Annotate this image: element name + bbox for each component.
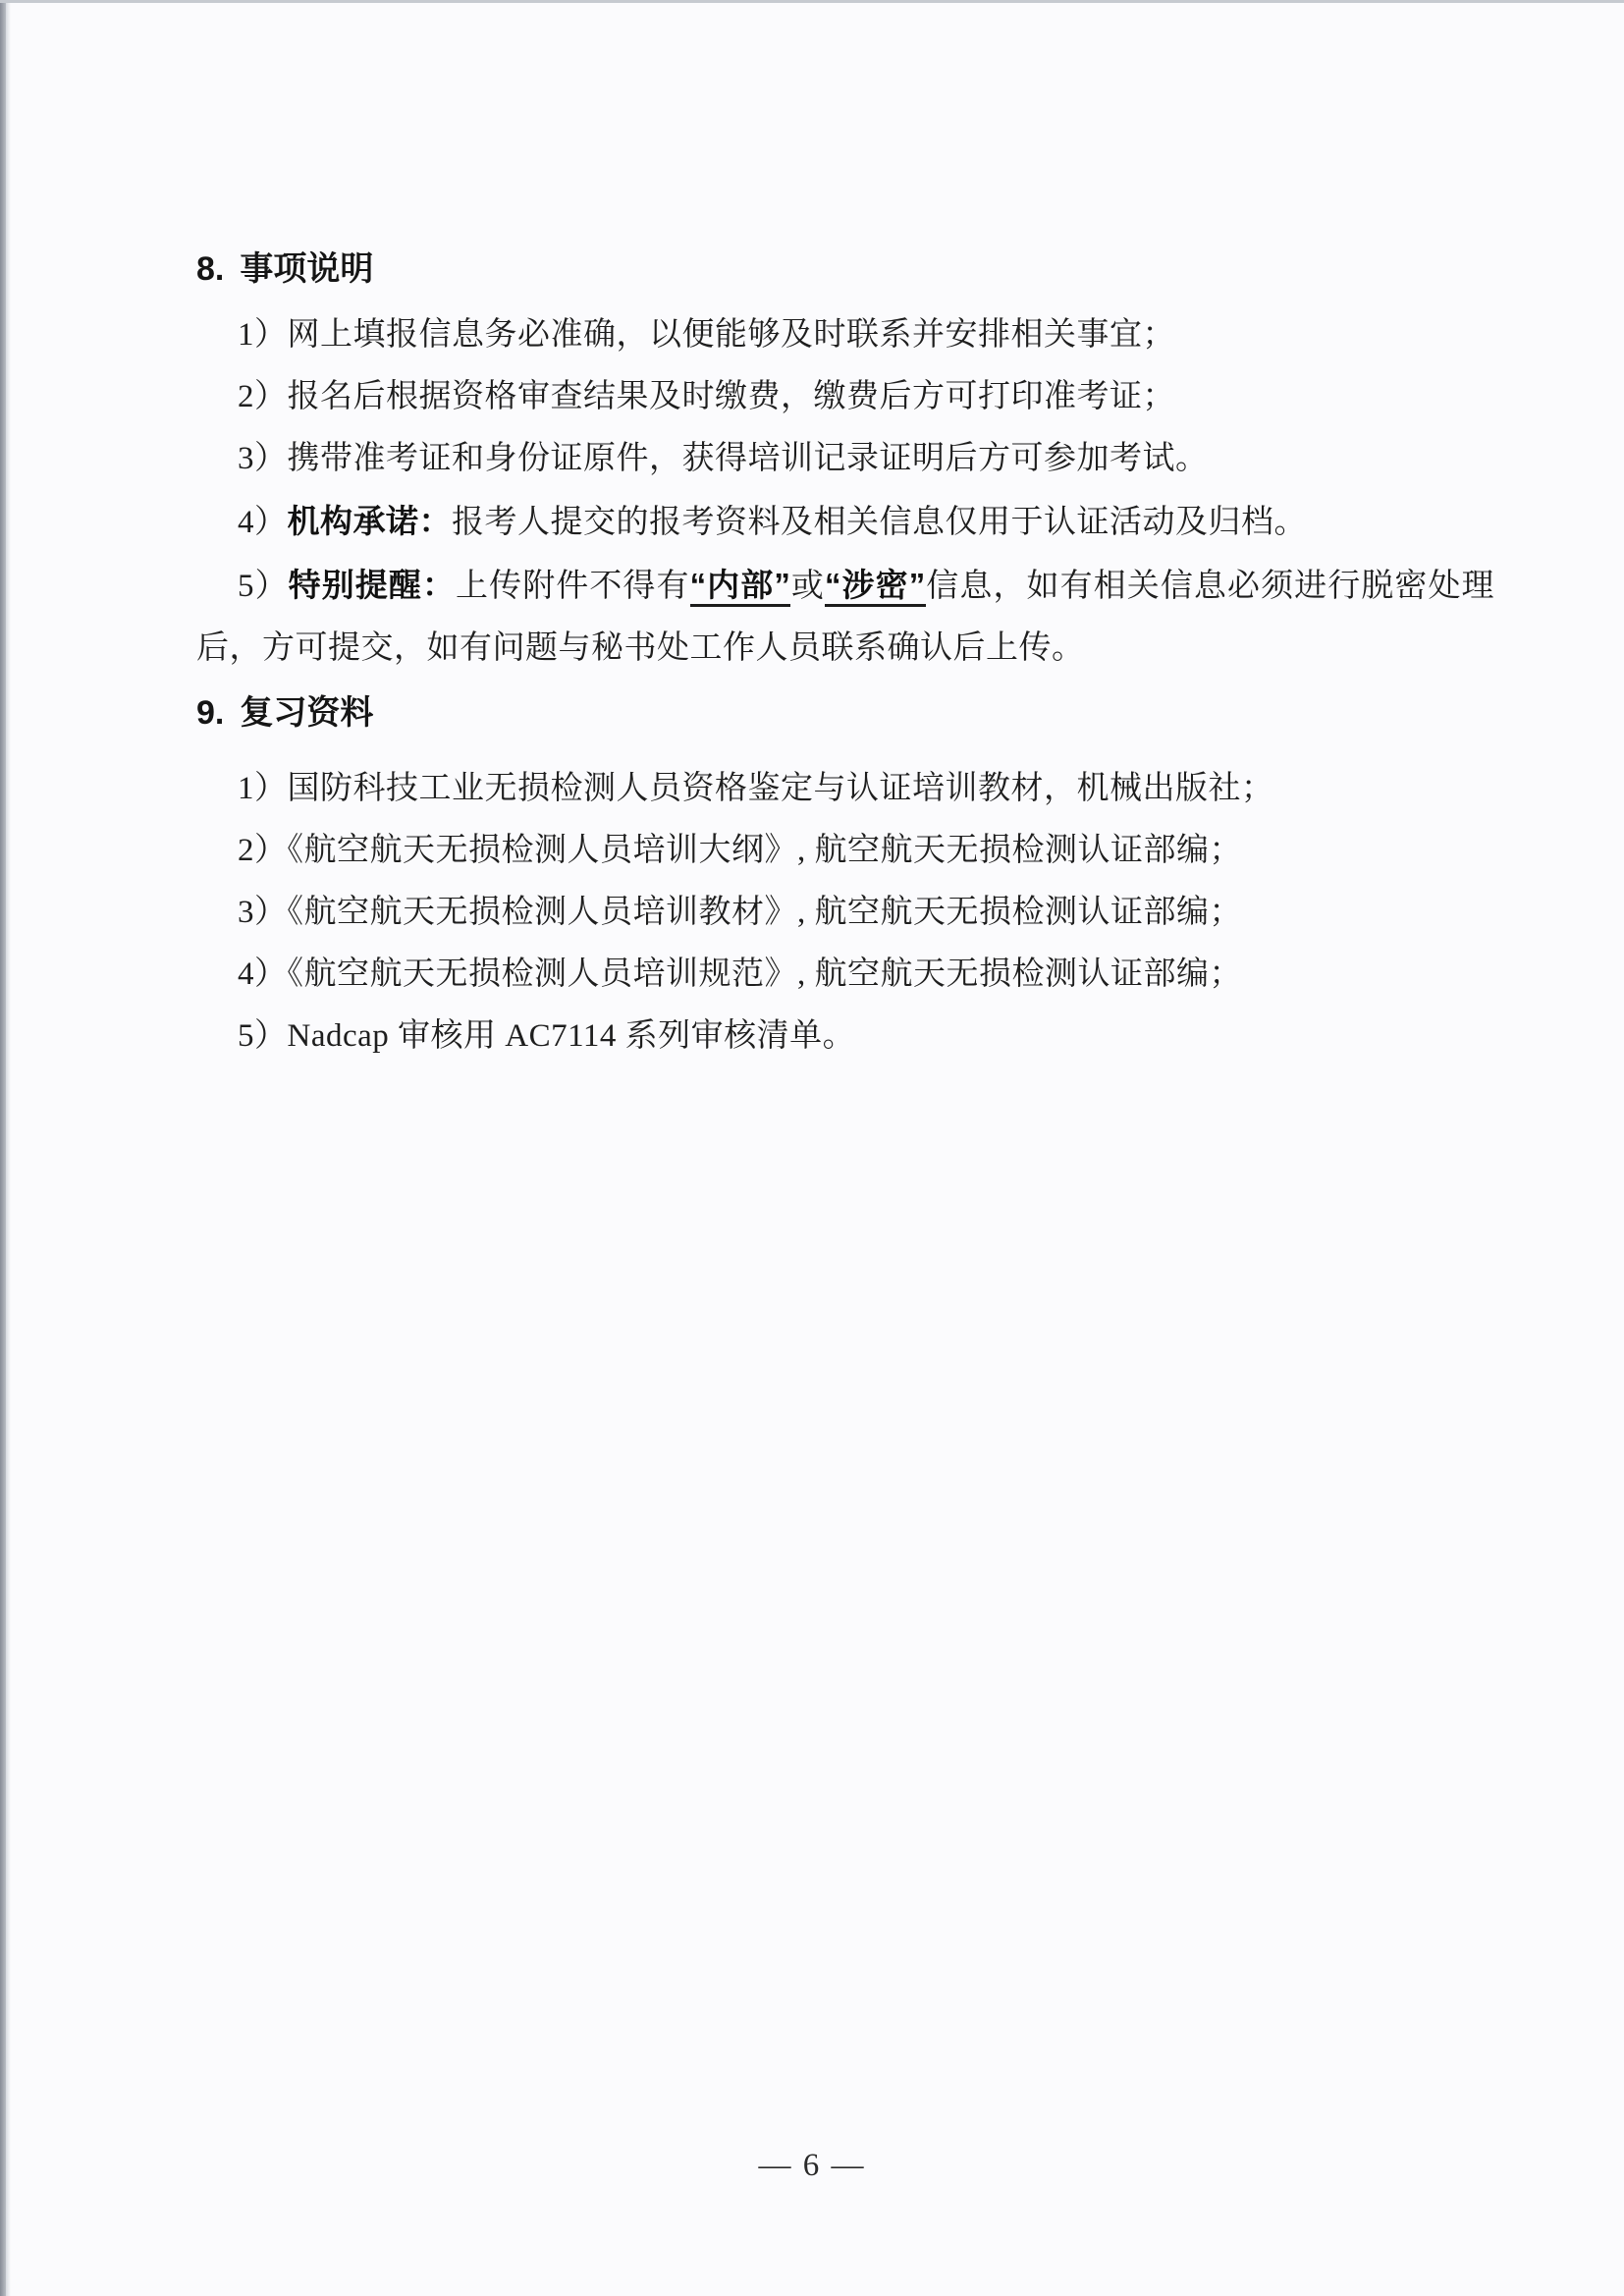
item-marker: 2） bbox=[238, 833, 288, 868]
section-9-items: 1）国防科技工业无损检测人员资格鉴定与认证培训教材，机械出版社； 2）《航空航天… bbox=[196, 758, 1494, 1067]
item-marker: 2） bbox=[238, 379, 288, 414]
item-text: 携带准考证和身份证原件，获得培训记录证明后方可参加考试。 bbox=[288, 441, 1209, 476]
item-text: 国防科技工业无损检测人员资格鉴定与认证培训教材，机械出版社； bbox=[288, 771, 1274, 806]
section-8-item-4: 4）机构承诺：报考人提交的报考资料及相关信息仅用于认证活动及归档。 bbox=[196, 490, 1494, 554]
item-marker: 3） bbox=[238, 441, 288, 476]
section-9-title: 复习资料 bbox=[240, 694, 373, 732]
section-8-item-2: 2）报名后根据资格审查结果及时缴费，缴费后方可打印准考证； bbox=[196, 366, 1494, 428]
item-bold-label: 机构承诺： bbox=[288, 503, 453, 539]
item-conjunction: 或 bbox=[790, 569, 825, 604]
item-text: 报考人提交的报考资料及相关信息仅用于认证活动及归档。 bbox=[452, 505, 1307, 540]
page-number: — 6 — bbox=[0, 2144, 1624, 2187]
section-9-item-2: 2）《航空航天无损检测人员培训大纲》, 航空航天无损检测认证部编； bbox=[196, 820, 1494, 882]
document-content: 8.事项说明 1）网上填报信息务必准确，以便能够及时联系并安排相关事宜； 2）报… bbox=[196, 247, 1494, 1067]
section-9-number: 9. bbox=[196, 694, 224, 732]
item-text: 《航空航天无损检测人员培训教材》, 航空航天无损检测认证部编； bbox=[288, 895, 1243, 930]
item-text: 《航空航天无损检测人员培训规范》, 航空航天无损检测认证部编； bbox=[288, 957, 1243, 992]
underlined-term-neibu: “内部” bbox=[690, 567, 791, 607]
scan-left-edge-shadow bbox=[6, 0, 11, 2296]
underlined-term-shemi: “涉密” bbox=[825, 567, 926, 607]
item-marker: 1） bbox=[238, 771, 288, 806]
section-8-items: 1）网上填报信息务必准确，以便能够及时联系并安排相关事宜； 2）报名后根据资格审… bbox=[196, 304, 1494, 680]
scan-top-edge bbox=[0, 0, 1624, 3]
section-8-item-5: 5）特别提醒：上传附件不得有“内部”或“涉密”信息，如有相关信息必须进行脱密处理… bbox=[196, 554, 1494, 680]
item-text: 报名后根据资格审查结果及时缴费，缴费后方可打印准考证； bbox=[288, 379, 1176, 414]
item-marker: 5） bbox=[238, 1018, 288, 1054]
section-8-title: 事项说明 bbox=[240, 250, 373, 288]
item-text-pre: 上传附件不得有 bbox=[456, 569, 690, 604]
item-marker: 3） bbox=[238, 895, 288, 930]
scanned-document-page: { "document": { "sections": [ { "heading… bbox=[0, 0, 1624, 2296]
item-bold-label: 特别提醒： bbox=[289, 567, 456, 603]
section-9-item-5: 5）Nadcap 审核用 AC7114 系列审核清单。 bbox=[196, 1006, 1494, 1067]
section-8-number: 8. bbox=[196, 250, 224, 288]
section-8-heading: 8.事项说明 bbox=[196, 247, 1494, 291]
item-text: 《航空航天无损检测人员培训大纲》, 航空航天无损检测认证部编； bbox=[288, 833, 1243, 868]
item-marker: 4） bbox=[238, 505, 288, 540]
item-marker: 1） bbox=[238, 317, 288, 353]
item-text: 网上填报信息务必准确，以便能够及时联系并安排相关事宜； bbox=[288, 317, 1176, 353]
section-9-item-1: 1）国防科技工业无损检测人员资格鉴定与认证培训教材，机械出版社； bbox=[196, 758, 1494, 820]
section-8-item-3: 3）携带准考证和身份证原件，获得培训记录证明后方可参加考试。 bbox=[196, 428, 1494, 490]
section-9-item-4: 4）《航空航天无损检测人员培训规范》, 航空航天无损检测认证部编； bbox=[196, 944, 1494, 1006]
section-9-item-3: 3）《航空航天无损检测人员培训教材》, 航空航天无损检测认证部编； bbox=[196, 882, 1494, 944]
section-9-heading: 9.复习资料 bbox=[196, 691, 1494, 735]
item-marker: 4） bbox=[238, 957, 288, 992]
item-marker: 5） bbox=[238, 569, 289, 604]
item-text: Nadcap 审核用 AC7114 系列审核清单。 bbox=[288, 1018, 856, 1054]
section-8-item-1: 1）网上填报信息务必准确，以便能够及时联系并安排相关事宜； bbox=[196, 304, 1494, 366]
